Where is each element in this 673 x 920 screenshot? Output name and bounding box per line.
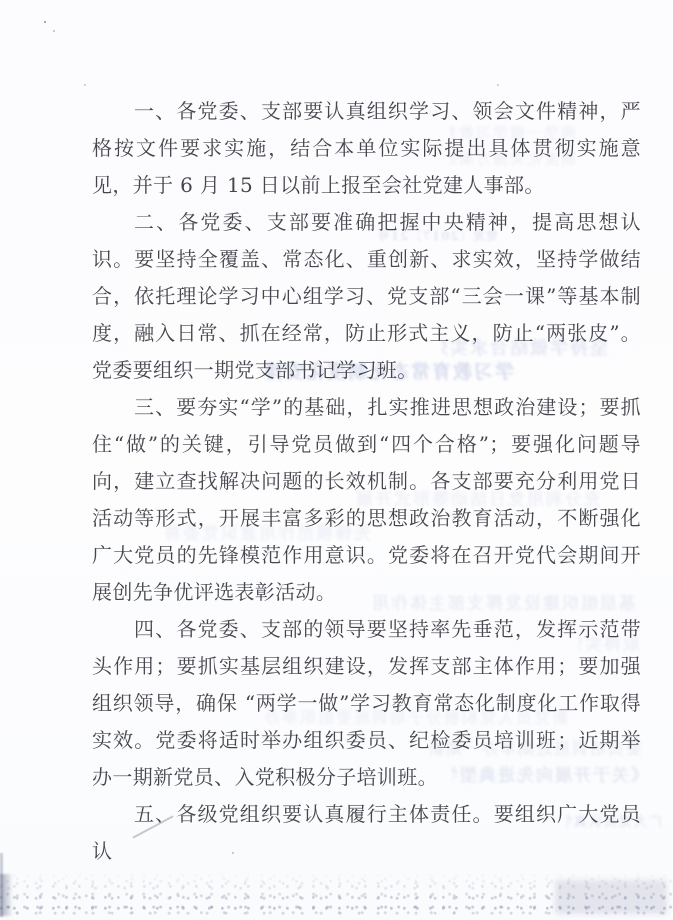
scan-speck [497, 84, 499, 86]
page-left-edge-artifact [0, 853, 3, 917]
paragraph-clause-3: 三、要夯实“学”的基础，扎实推进思想政治建设；要抓住“做”的关键，引导党员做到“… [92, 389, 641, 611]
scanned-page: 两学一做学习教育常态 制度化实施方案的通知 党发〔2017〕21号 坚持学做结合… [0, 0, 673, 920]
page-bottom-edge-artifact [555, 880, 667, 914]
scan-speck [44, 21, 46, 23]
paragraph-clause-1: 一、各党委、支部要认真组织学习、领会文件精神，严格按文件要求实施，结合本单位实际… [92, 93, 641, 204]
scan-speck [232, 852, 234, 854]
paragraph-clause-4: 四、各党委、支部的领导要坚持率先垂范，发挥示范带头作用；要抓实基层组织建设，发挥… [92, 611, 641, 796]
paragraph-clause-2: 二、各党委、支部要准确把握中央精神，提高思想认识。要坚持全覆盖、常态化、重创新、… [92, 204, 641, 389]
scan-speck [53, 30, 55, 32]
document-body: 一、各党委、支部要认真组织学习、领会文件精神，严格按文件要求实施，结合本单位实际… [92, 93, 641, 870]
scan-speck [84, 84, 86, 86]
paragraph-clause-5: 五、各级党组织要认真履行主体责任。要组织广大党员认 [92, 796, 641, 870]
